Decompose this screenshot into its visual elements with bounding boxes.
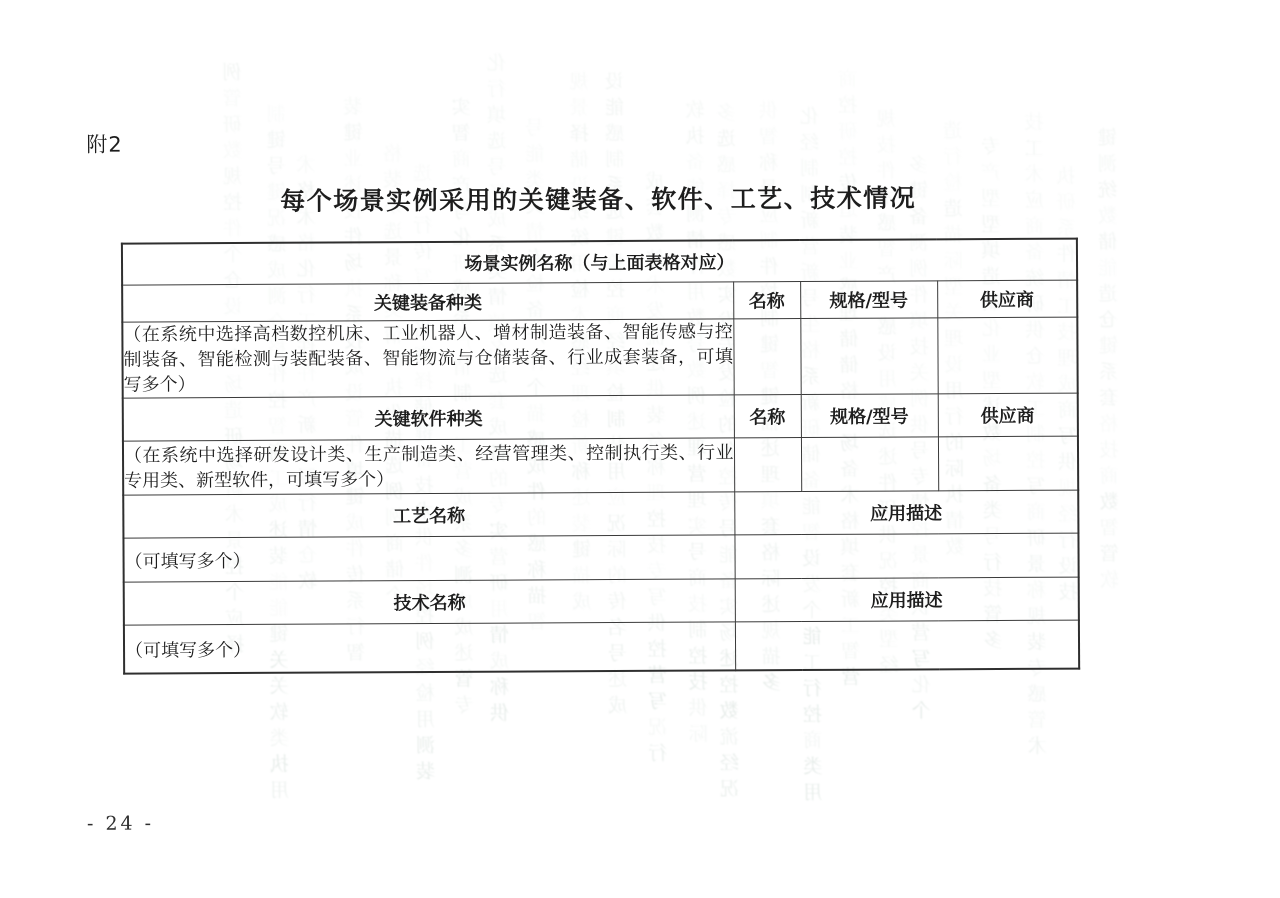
- process-note-cell: （可填写多个）: [123, 535, 734, 582]
- table-row-software-note: （在系统中选择研发设计类、生产制造类、经营管理类、控制执行类、行业专用类、新型软…: [123, 436, 1078, 495]
- equipment-category-header-cell: 关键装备种类: [122, 282, 733, 322]
- equipment-spec-column-header: 规格/型号: [800, 281, 937, 319]
- process-description-empty-cell: [734, 533, 1078, 579]
- document-content: 附2 每个场景实例采用的关键装备、软件、工艺、技术情况 场景实例名称（与上面表格…: [0, 0, 1280, 898]
- software-name-column-header: 名称: [734, 395, 801, 438]
- table-row-technology-header: 技术名称 应用描述: [124, 577, 1079, 625]
- table-row-scenario-name: 场景实例名称（与上面表格对应）: [122, 239, 1077, 285]
- table-row-technology-note: （可填写多个）: [124, 620, 1079, 673]
- equipment-supplier-column-header: 供应商: [937, 280, 1077, 318]
- equipment-name-column-header: 名称: [733, 282, 800, 319]
- scenario-instance-table: 场景实例名称（与上面表格对应） 关键装备种类 名称 规格/型号 供应商 （在系统…: [121, 238, 1080, 675]
- page-title: 每个场景实例采用的关键装备、软件、工艺、技术情况: [121, 178, 1076, 219]
- scenario-name-header-cell: 场景实例名称（与上面表格对应）: [122, 239, 1077, 285]
- scanned-page: 键测统数储能造仓键系套格技商数智管软执研系件情工技理成商写供规经行设技技工术应商…: [0, 0, 1280, 898]
- table-row-process-note: （可填写多个）: [123, 533, 1078, 582]
- equipment-note-cell: （在系统中选择高档数控机床、工业机器人、增材制造装备、智能传感与控制装备、智能检…: [122, 319, 733, 398]
- table-row-equipment-header: 关键装备种类 名称 规格/型号 供应商: [122, 280, 1077, 322]
- equipment-name-empty-cell: [733, 319, 800, 395]
- table-row-process-header: 工艺名称 应用描述: [123, 490, 1078, 538]
- technology-description-header-cell: 应用描述: [735, 577, 1079, 622]
- software-supplier-column-header: 供应商: [938, 393, 1078, 437]
- table-row-equipment-note: （在系统中选择高档数控机床、工业机器人、增材制造装备、智能传感与控制装备、智能检…: [122, 317, 1077, 398]
- technology-note-cell: （可填写多个）: [124, 622, 735, 674]
- attachment-label: 附2: [86, 129, 123, 159]
- software-supplier-empty-cell: [938, 436, 1078, 491]
- process-description-header-cell: 应用描述: [734, 490, 1078, 535]
- software-note-cell: （在系统中选择研发设计类、生产制造类、经营管理类、控制执行类、行业专用类、新型软…: [123, 438, 734, 495]
- process-name-header-cell: 工艺名称: [123, 492, 734, 538]
- software-spec-empty-cell: [801, 437, 938, 492]
- page-number: - 24 -: [87, 812, 154, 834]
- technology-description-empty-cell: [735, 620, 1079, 670]
- technology-name-header-cell: 技术名称: [124, 579, 735, 625]
- software-name-empty-cell: [734, 438, 801, 492]
- software-spec-column-header: 规格/型号: [801, 394, 938, 438]
- equipment-spec-empty-cell: [800, 318, 937, 395]
- table-row-software-header: 关键软件种类 名称 规格/型号 供应商: [123, 393, 1078, 441]
- equipment-supplier-empty-cell: [937, 317, 1077, 394]
- software-category-header-cell: 关键软件种类: [123, 395, 734, 441]
